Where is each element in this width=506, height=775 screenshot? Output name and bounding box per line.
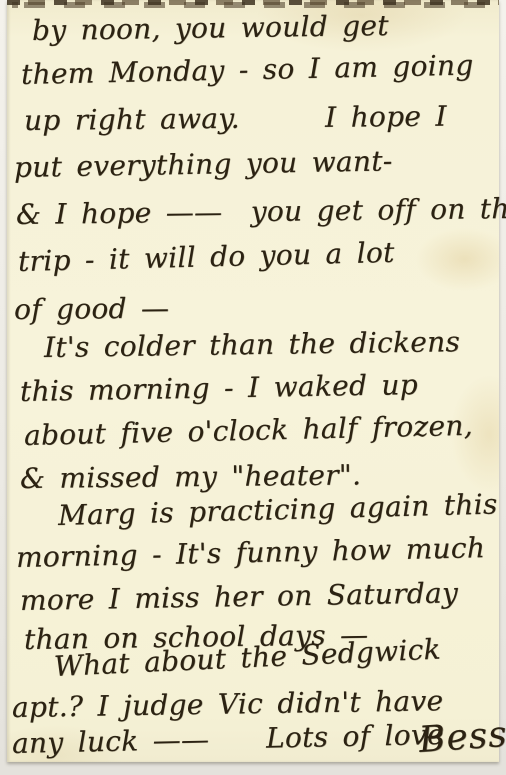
handwritten-line: It's colder than the dickens: [44, 325, 461, 365]
handwritten-line: trip - it will do you a lot: [18, 236, 395, 279]
torn-paper-edge: [7, 0, 499, 8]
handwritten-line: about five o'clock half frozen,: [24, 409, 474, 453]
handwritten-line: up right away. I hope I: [24, 100, 447, 138]
handwritten-line: morning - It's funny how much: [16, 531, 486, 575]
handwritten-line: & missed my "heater".: [20, 458, 362, 496]
letter-page: by noon, you would get them Monday - so …: [7, 0, 499, 762]
handwritten-line: by noon, you would get: [32, 9, 389, 48]
handwritten-line: more I miss her on Saturday: [20, 576, 459, 618]
handwritten-line: put everything you want-: [14, 144, 393, 185]
signature: Bess.: [418, 713, 506, 761]
handwritten-line: of good —: [14, 292, 170, 327]
handwritten-line: any luck —— Lots of love: [12, 718, 445, 761]
handwritten-line: this morning - I waked up: [20, 368, 418, 409]
handwritten-line: & I hope —— you get off on the: [16, 192, 506, 232]
handwritten-line: them Monday - so I am going: [21, 49, 474, 92]
scan-background: by noon, you would get them Monday - so …: [0, 0, 506, 775]
